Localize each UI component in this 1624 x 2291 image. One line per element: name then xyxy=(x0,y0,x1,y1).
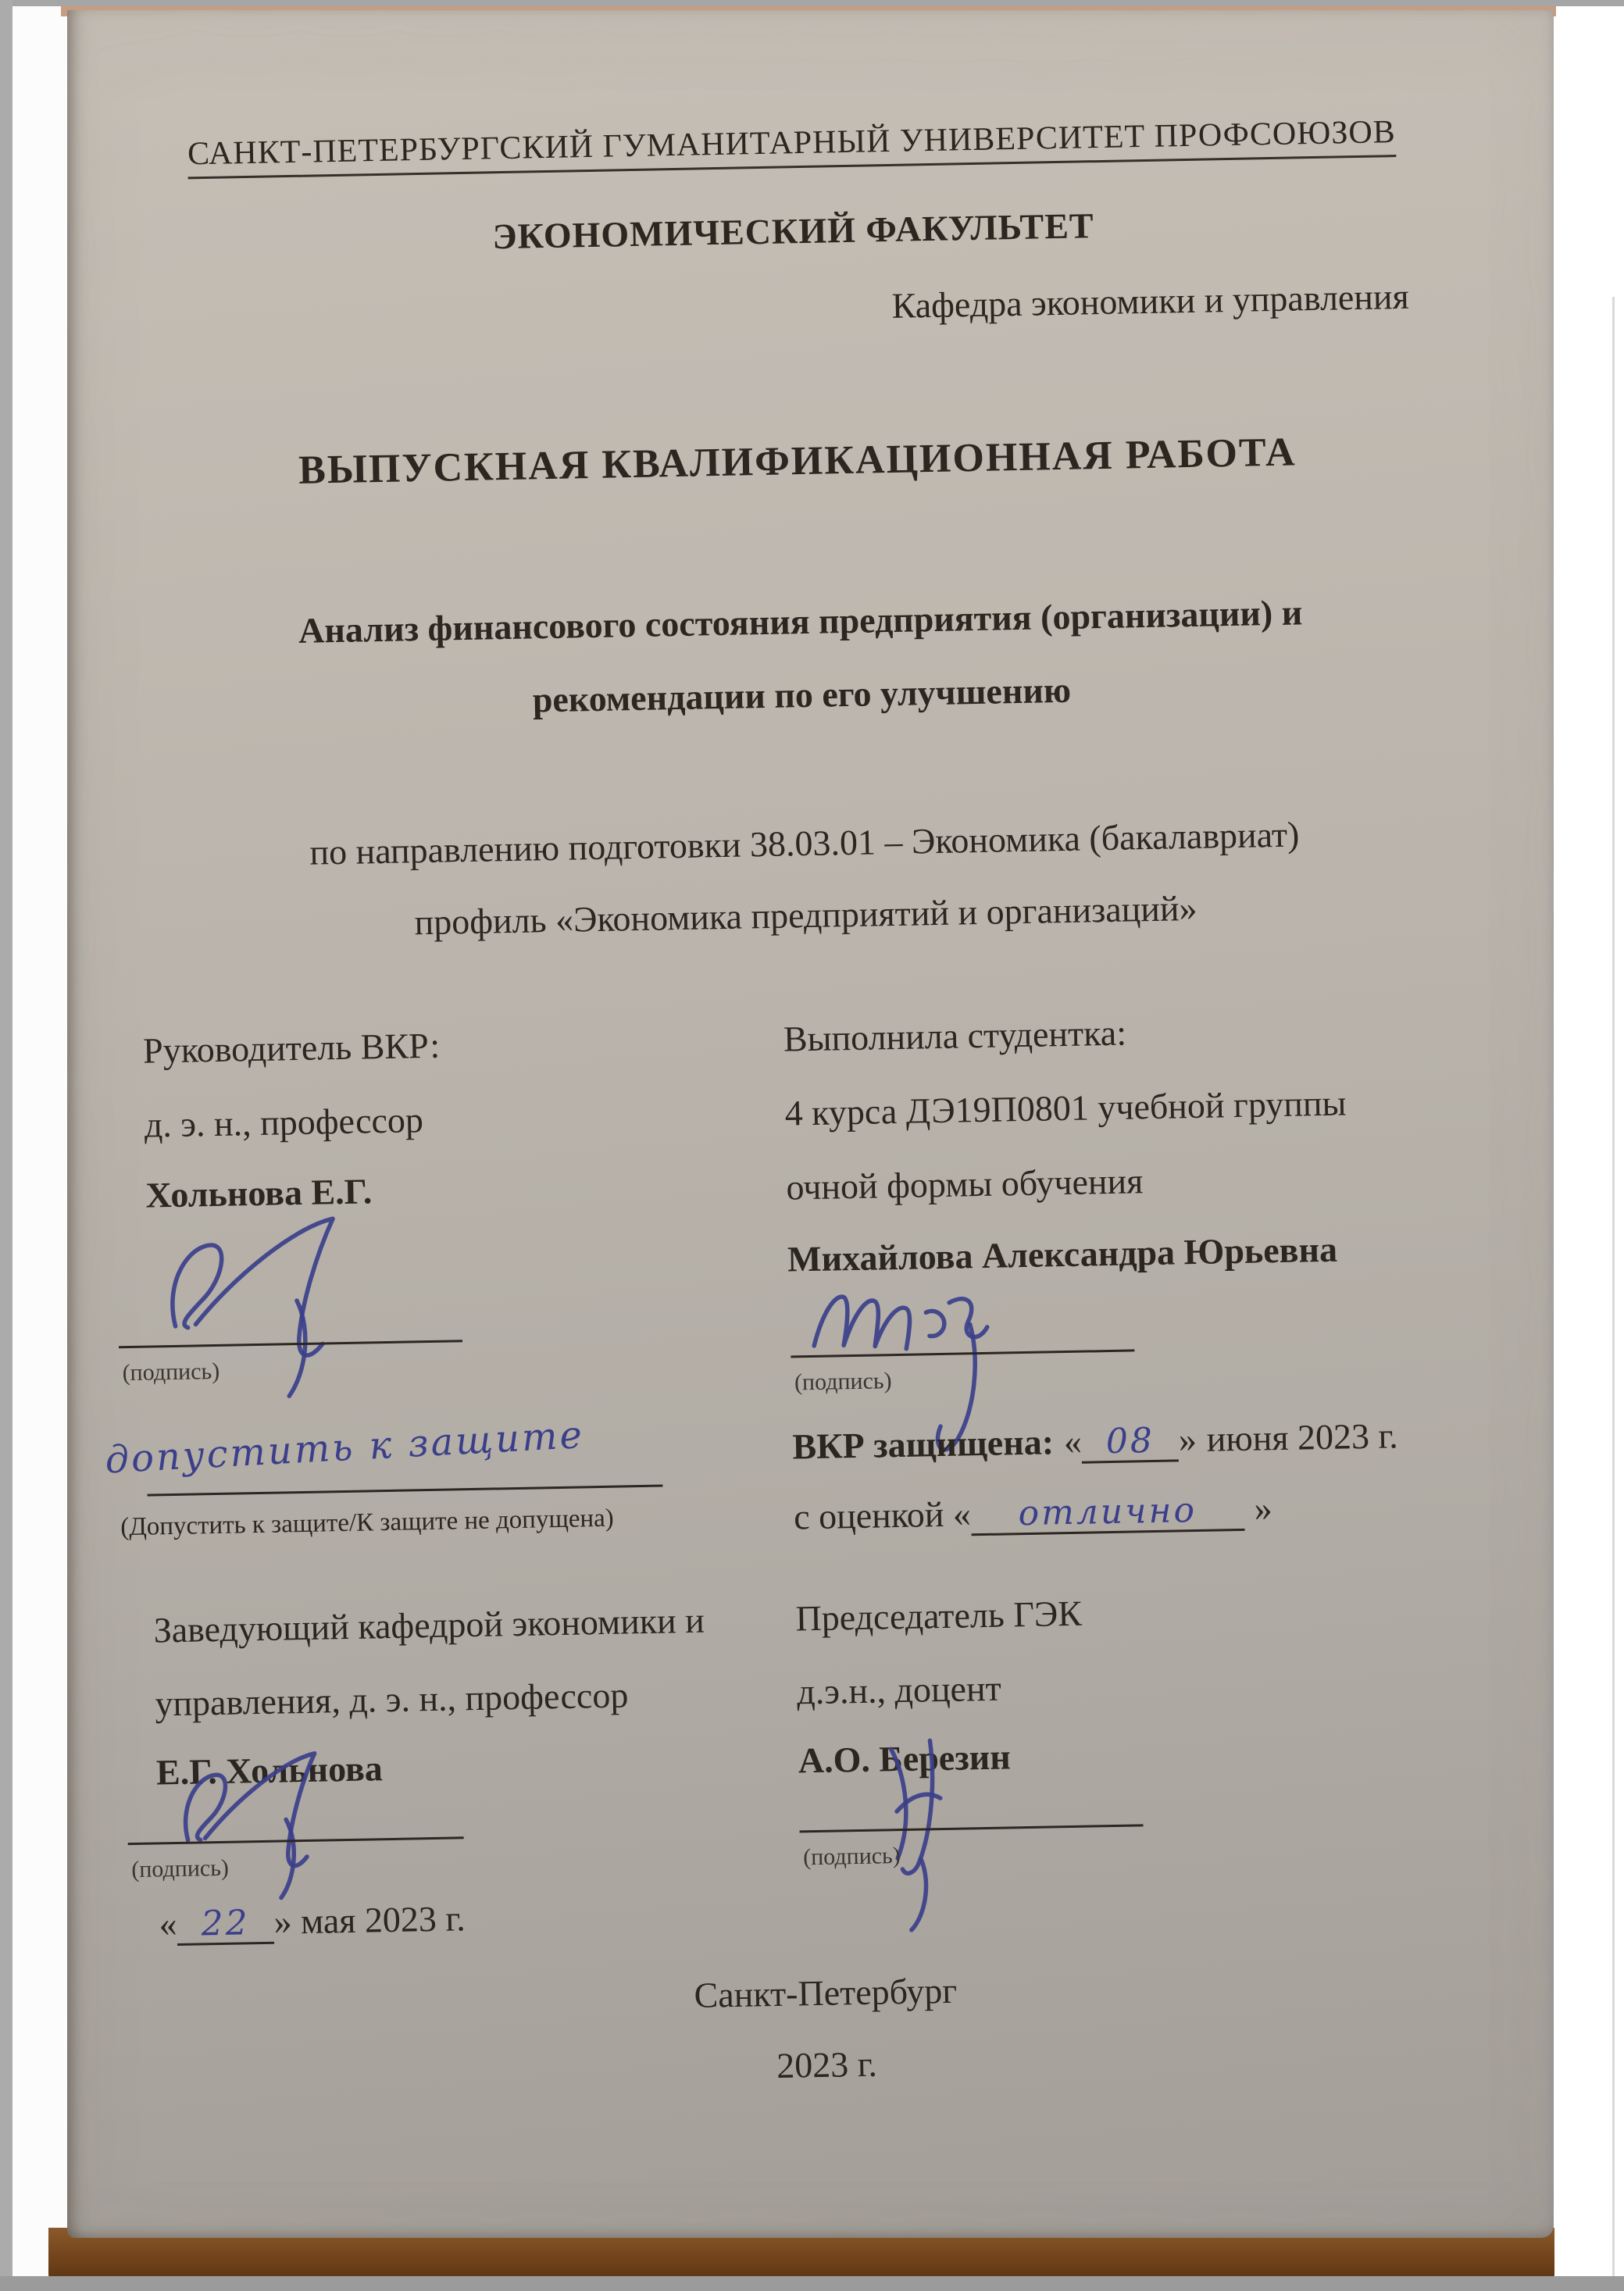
supervisor-role-label: Руководитель ВКР: xyxy=(143,1025,441,1072)
defense-date-rest: июня 2023 г. xyxy=(1206,1415,1398,1458)
admission-caption: (Допустить к защите/К защите не допущена… xyxy=(120,1504,614,1543)
student-signature-caption: (подпись) xyxy=(794,1368,892,1396)
department-head-date: «22» мая 2023 г. xyxy=(159,1897,466,1946)
admission-handwritten-note: допустить к защите xyxy=(104,1413,585,1483)
supervisor-degree: д. э. н., профессор xyxy=(144,1099,423,1146)
grade-slot: отлично xyxy=(970,1491,1244,1536)
photo-edge-bottom xyxy=(0,2276,1624,2291)
program-direction: по направлению подготовки 38.03.01 – Эко… xyxy=(61,809,1548,878)
date-day-handwritten: 22 xyxy=(201,1903,250,1943)
photo-of-title-page: { "document": { "university": "САНКТ-ПЕТ… xyxy=(0,0,1624,2291)
thesis-title-line1: Анализ финансового состояния предприятия… xyxy=(57,587,1544,656)
admission-line xyxy=(147,1485,662,1497)
date-rest: » мая 2023 г. xyxy=(273,1898,466,1941)
student-role-label: Выполнила студентка: xyxy=(783,1012,1126,1060)
paper-edge-line xyxy=(1612,297,1615,2291)
department-head-line2: управления, д. э. н., профессор xyxy=(155,1674,629,1724)
supervisor-signature xyxy=(142,1204,480,1358)
grade-prefix: с оценкой « xyxy=(794,1493,972,1536)
defense-quote-open: « xyxy=(1063,1422,1082,1461)
university-name: САНКТ-ПЕТЕРБУРГСКИЙ ГУМАНИТАРНЫЙ УНИВЕРС… xyxy=(48,111,1536,176)
date-day-slot: 22 xyxy=(177,1904,274,1946)
department-head-signature-caption: (подпись) xyxy=(131,1855,229,1883)
grade-handwritten: отлично xyxy=(1018,1490,1197,1533)
program-profile: профиль «Экономика предприятий и организ… xyxy=(62,881,1550,950)
defense-day-handwritten: 08 xyxy=(1105,1421,1155,1461)
department-name: Кафедра экономики и управления xyxy=(51,273,1538,342)
gek-chairman-line2: д.э.н., доцент xyxy=(797,1668,1001,1713)
department-head-line1: Заведующий кафедрой экономики и xyxy=(153,1600,705,1651)
defense-quote-close: » xyxy=(1178,1419,1197,1459)
work-type-heading: ВЫПУСКНАЯ КВАЛИФИКАЦИОННАЯ РАБОТА xyxy=(54,425,1541,498)
gek-chairman-signature-caption: (подпись) xyxy=(803,1843,901,1871)
defense-day-slot: 08 xyxy=(1081,1422,1179,1463)
photo-edge-left xyxy=(0,0,12,2291)
date-quote-open: « xyxy=(159,1904,177,1943)
grade-suffix: » xyxy=(1254,1488,1272,1528)
title-page-sheet: САНКТ-ПЕТЕРБУРГСКИЙ ГУМАНИТАРНЫЙ УНИВЕРС… xyxy=(67,10,1554,2238)
supervisor-signature-caption: (подпись) xyxy=(122,1358,220,1386)
defense-label: ВКР защищена: xyxy=(792,1422,1054,1466)
gek-chairman-signature xyxy=(839,1724,1061,1900)
thesis-title-line2: рекомендации по его улучшению xyxy=(59,661,1546,730)
student-group: 4 курса ДЭ19П0801 учебной группы xyxy=(784,1082,1347,1133)
gek-chairman-line1: Председатель ГЭК xyxy=(795,1593,1082,1640)
department-head-signature xyxy=(159,1742,427,1872)
student-study-form: очной формы обучения xyxy=(786,1160,1144,1208)
city-name: Санкт-Петербург xyxy=(82,1958,1569,2027)
faculty-name: ЭКОНОМИЧЕСКИЙ ФАКУЛЬТЕТ xyxy=(50,197,1537,266)
year-line: 2023 г. xyxy=(84,2030,1571,2099)
defense-grade-line: с оценкой «отлично» xyxy=(794,1487,1272,1539)
title-page-content: САНКТ-ПЕТЕРБУРГСКИЙ ГУМАНИТАРНЫЙ УНИВЕРС… xyxy=(46,0,1573,2251)
